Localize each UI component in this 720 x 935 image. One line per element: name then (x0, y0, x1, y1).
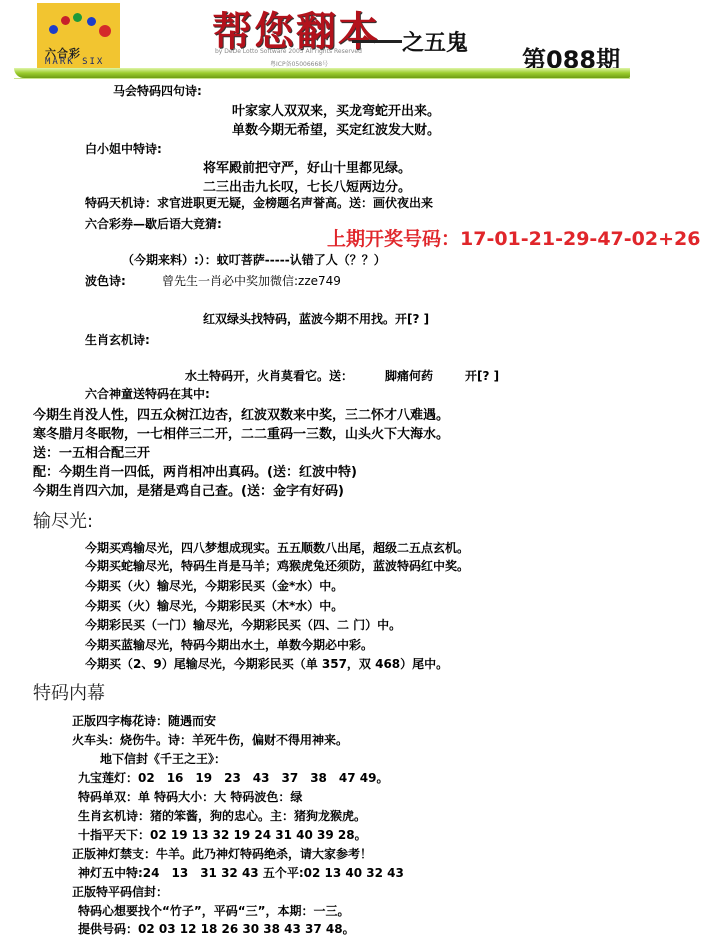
flat-envelope-label: 正版特平码信封： (72, 883, 168, 900)
logo-dot-icon (87, 17, 96, 26)
green-divider-bar (14, 68, 630, 78)
horse-poem-line: 叶家家人双双来，买龙弯蛇开出来。 (232, 100, 440, 119)
bamboo-hint: 特码心想要找个“竹子”，平码“三”，本期：一三。 (78, 902, 350, 919)
lose-all-line: 今期彩民买（一门）输尽光，今期彩民买（四、二 门）中。 (85, 616, 401, 633)
ten-fingers-numbers: 十指平天下：02 19 13 32 19 24 31 40 39 28。 (78, 826, 367, 843)
special-attributes: 特码单双：单 特码大小：大 特码波色：绿 (78, 788, 302, 805)
wave-poem: 红双绿头找特码，蓝波今期不用找。开[? ] (203, 310, 429, 327)
train-head: 火车头：烧伤牛。诗：羊死牛伤，偏财不得用神来。 (72, 731, 348, 748)
page-subtitle: 之五鬼 (402, 26, 468, 57)
horse-poem-label: 马会特码四句诗: (113, 82, 202, 99)
shentong-line: 今期生肖四六加，是猪是鸡自己查。(送：金字有好码) (33, 480, 344, 499)
zodiac-label: 生肖玄机诗: (85, 331, 150, 348)
last-draw-result: 上期开奖号码：17-01-21-29-47-02+26 (327, 224, 700, 251)
logo-dot-icon (49, 25, 58, 34)
zodiac-mystery-poem: 生肖玄机诗：猪的笨酱，狗的忠心。主：猪狗龙猴虎。 (78, 807, 366, 824)
miss-bai-label: 白小姐中特诗: (85, 140, 162, 157)
riddle-label: 六合彩券—歇后语大竞猜: (85, 215, 222, 232)
tianji-poem: 特码天机诗：求官进职更无疑，金榜题名声誉高。送：画伏夜出来 (85, 194, 433, 211)
zodiac-poem: 水土特码开，火肖莫看它。送： (185, 367, 353, 384)
shentong-line: 寒冬腊月冬眠物，一七相伴三二开，二二重码一三数，山头火下大海水。 (33, 423, 449, 442)
shentong-line: 送：一五相合配三开 (33, 442, 150, 461)
envelope-title: 地下信封《千王之王》： (100, 750, 226, 767)
header-banner: 六合彩 MARK SIX 帮您翻本 之五鬼 by DeDe Lotto Soft… (0, 0, 720, 80)
logo-dot-icon (61, 16, 70, 25)
title-dash (352, 40, 402, 43)
logo-dot-icon (99, 25, 111, 37)
green-divider-line (14, 78, 630, 79)
miss-bai-line: 二三出击九长叹，七长八短两边分。 (203, 176, 411, 195)
provided-numbers: 提供号码：02 03 12 18 26 30 38 43 37 48。 (78, 920, 355, 935)
lose-all-heading: 输尽光: (33, 507, 93, 533)
lose-all-line: 今期买（火）输尽光，今期彩民买（金*水）中。 (85, 577, 343, 594)
wave-text: 曾先生一肖必中奖加微信:zze749 (162, 272, 341, 289)
riddle-text: （今期来料）:）：蚊叮菩萨-----认错了人（？？） (122, 251, 386, 268)
lamp-five-numbers: 神灯五中特:24 13 31 32 43 五个平:02 13 40 32 43 (78, 864, 404, 881)
shentong-line: 今期生肖没人性，四五众树江边杏，红波双数来中奖，三二怀才八难遇。 (33, 404, 449, 423)
plum-poem: 正版四字梅花诗：随遇而安 (72, 712, 216, 729)
shentong-line: 配：今期生肖一四低，两肖相冲出真码。(送：红波中特) (33, 461, 357, 480)
zodiac-open: 开[? ] (465, 367, 499, 384)
logo-dot-icon (73, 13, 82, 22)
lose-all-line: 今期买蛇输尽光，特码生肖是马羊；鸡猴虎兔还须防，蓝波特码红中奖。 (85, 557, 469, 574)
lose-all-line: 今期买蓝输尽光，特码今期出水土，单数今期必中彩。 (85, 636, 373, 653)
lose-all-line: 今期买（2、9）尾输尽光，今期彩民买（单 357，双 468）尾中。 (85, 655, 448, 672)
mark-six-logo: 六合彩 MARK SIX (37, 3, 120, 69)
forbidden-branch: 正版神灯禁支：牛羊。此乃神灯特码绝杀，请大家参考！ (72, 845, 372, 862)
zodiac-extra: 脚痛何药 (385, 367, 433, 384)
copyright-text: by DeDe Lotto Software 2005 All rights R… (215, 48, 362, 55)
miss-bai-line: 将军殿前把守严，好山十里都见绿。 (203, 157, 411, 176)
lose-all-line: 今期买（火）输尽光，今期彩民买（木*水）中。 (85, 597, 343, 614)
nine-lamps-numbers: 九宝莲灯：02 16 19 23 43 37 38 47 49。 (78, 769, 388, 786)
shentong-label: 六合神童送特码在其中: (85, 385, 210, 402)
last-draw-label: 上期开奖号码： (327, 228, 460, 250)
lose-all-line: 今期买鸡输尽光，四八梦想成现实。五五顺数八出尾，超级二五点玄机。 (85, 539, 469, 556)
last-draw-numbers: 17-01-21-29-47-02+26 (460, 228, 700, 250)
logo-brand: MARK SIX (45, 57, 104, 67)
icp-text: 粤ICP备05006668号 (270, 59, 328, 68)
horse-poem-line: 单数今期无希望，买定红波发大财。 (232, 119, 440, 138)
inside-info-heading: 特码内幕 (33, 679, 105, 705)
wave-label: 波色诗: (85, 272, 126, 289)
